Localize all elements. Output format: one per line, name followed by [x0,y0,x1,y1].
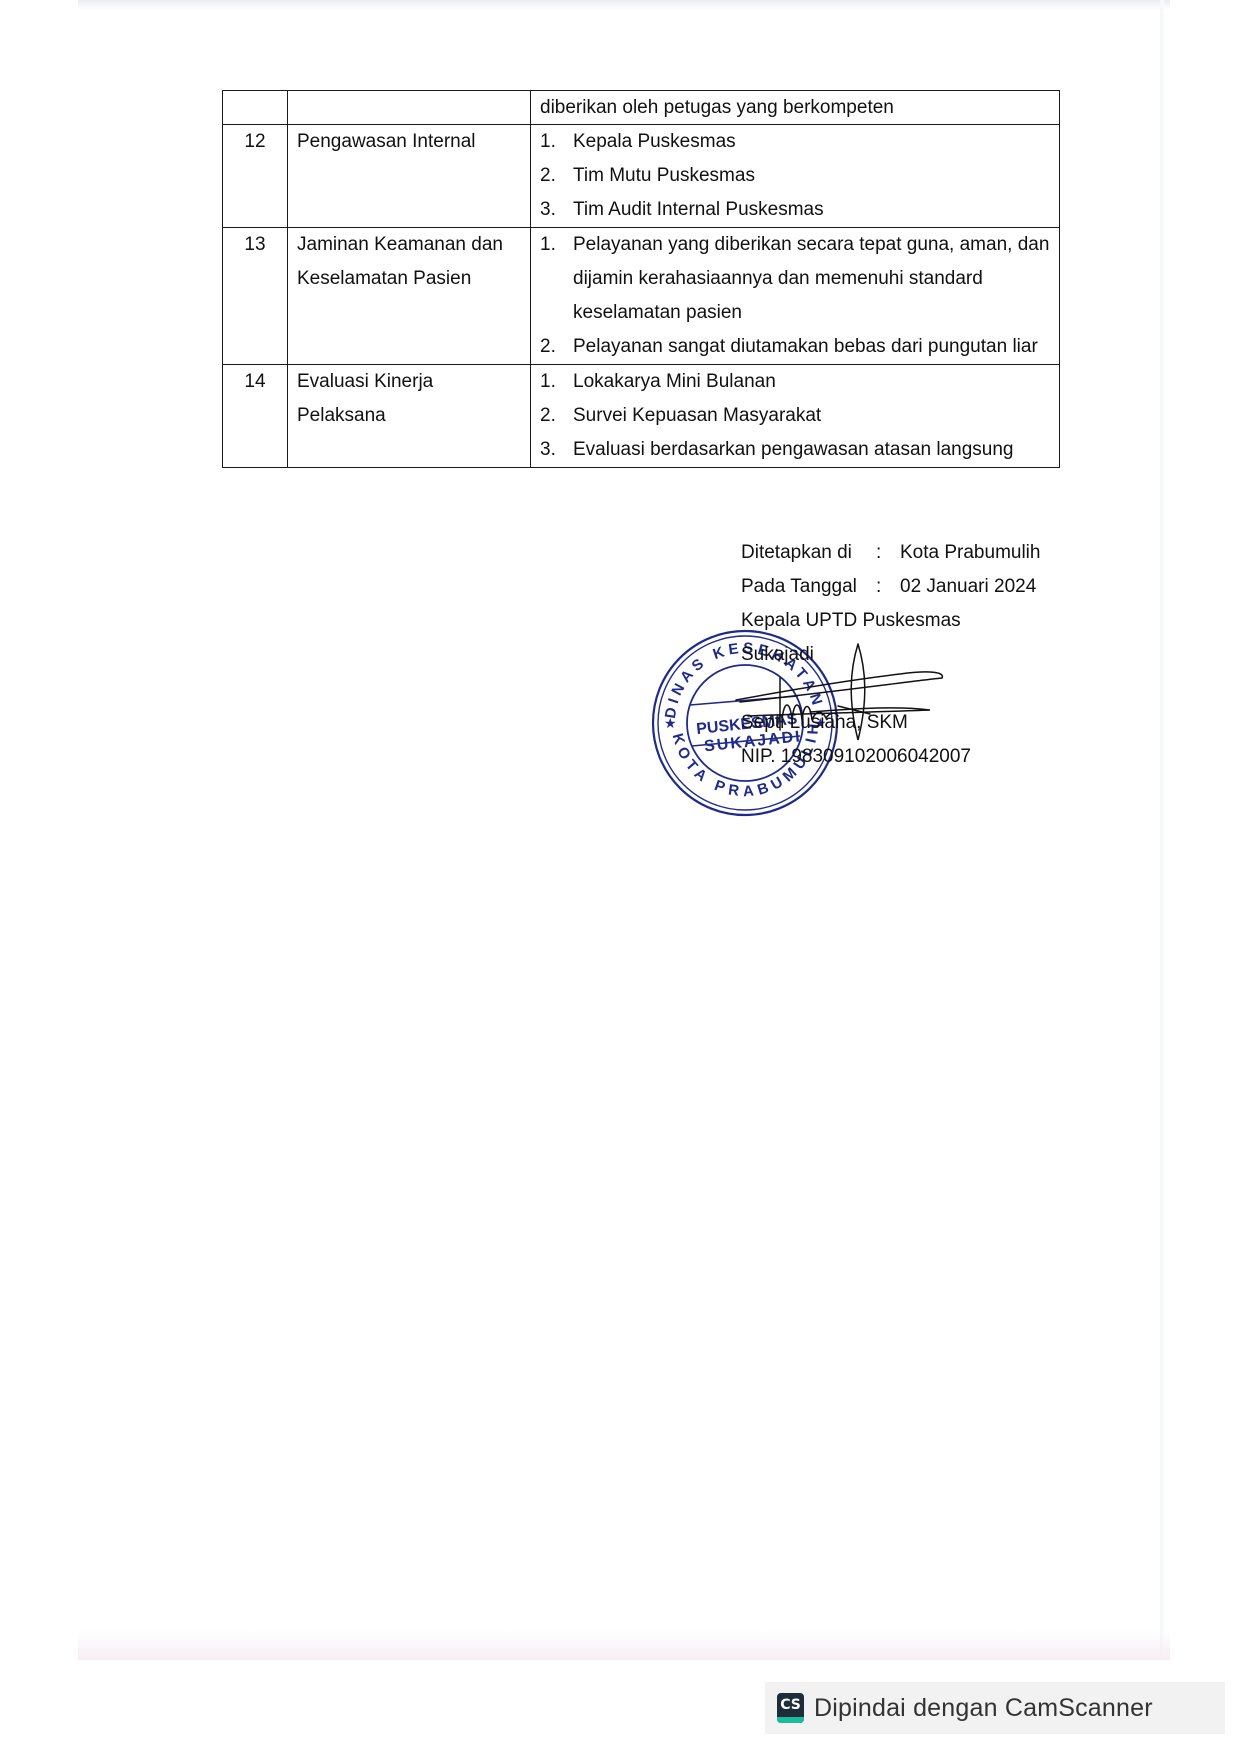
detail-list-item: 3.Tim Audit Internal Puskesmas [540,193,1050,227]
place-row: Ditetapkan di : Kota Prabumulih [741,536,1040,570]
row-number-cell: 13 [223,228,288,365]
item-text: Tim Mutu Puskesmas [573,159,1050,193]
camscanner-watermark: CS Dipindai dengan CamScanner [765,1682,1225,1734]
detail-cell: 1.Lokakarya Mini Bulanan2.Survei Kepuasa… [531,365,1060,468]
aspect-line: Pelaksana [297,399,521,433]
aspect-line: Pengawasan Internal [297,125,521,159]
detail-list: 1.Kepala Puskesmas2.Tim Mutu Puskesmas3.… [540,125,1050,227]
item-text: Lokakarya Mini Bulanan [573,365,1050,399]
table-row: 13Jaminan Keamanan danKeselamatan Pasien… [223,228,1060,365]
detail-list-item: 2.Survei Kepuasan Masyarakat [540,399,1050,433]
item-text: Kepala Puskesmas [573,125,1050,159]
item-text: Tim Audit Internal Puskesmas [573,193,1050,227]
item-text: Pelayanan sangat diutamakan bebas dari p… [573,330,1050,364]
item-number: 2. [540,159,573,193]
detail-list-item: 1.Pelayanan yang diberikan secara tepat … [540,228,1050,330]
detail-cell: 1.Kepala Puskesmas2.Tim Mutu Puskesmas3.… [531,125,1060,228]
date-label: Pada Tanggal [741,570,876,604]
aspect-cell: Pengawasan Internal [288,125,531,228]
detail-list-item: 3.Evaluasi berdasarkan pengawasan atasan… [540,433,1050,467]
detail-list-item: 2.Tim Mutu Puskesmas [540,159,1050,193]
item-number: 2. [540,399,573,433]
item-number: 3. [540,433,573,467]
aspect-cell: Evaluasi KinerjaPelaksana [288,365,531,468]
camscanner-logo-icon: CS [777,1693,804,1723]
item-text: Evaluasi berdasarkan pengawasan atasan l… [573,433,1050,467]
detail-list-item: 2.Pelayanan sangat diutamakan bebas dari… [540,330,1050,364]
detail-list: 1.Lokakarya Mini Bulanan2.Survei Kepuasa… [540,365,1050,467]
item-number: 3. [540,193,573,227]
item-number: 1. [540,125,573,159]
detail-cell: diberikan oleh petugas yang berkompeten [531,91,1060,125]
position-title: Kepala UPTD Puskesmas [741,604,1040,638]
item-text: Pelayanan yang diberikan secara tepat gu… [573,228,1050,330]
aspect-line: Keselamatan Pasien [297,262,521,296]
detail-cell: 1.Pelayanan yang diberikan secara tepat … [531,228,1060,365]
item-number: 1. [540,228,573,330]
aspect-line: Jaminan Keamanan dan [297,228,521,262]
place-label: Ditetapkan di [741,536,876,570]
scan-edge-shadow [78,1630,1170,1660]
service-standard-table: diberikan oleh petugas yang berkompeten … [222,90,1060,468]
table-row-continuation: diberikan oleh petugas yang berkompeten [223,91,1060,125]
colon: : [876,570,900,604]
aspect-line: Evaluasi Kinerja [297,365,521,399]
item-number: 2. [540,330,573,364]
item-number: 1. [540,365,573,399]
detail-list-item: 1.Kepala Puskesmas [540,125,1050,159]
aspect-cell: Jaminan Keamanan danKeselamatan Pasien [288,228,531,365]
aspect-cell [288,91,531,125]
date-row: Pada Tanggal : 02 Januari 2024 [741,570,1040,604]
colon: : [876,536,900,570]
row-number-cell: 14 [223,365,288,468]
detail-list: 1.Pelayanan yang diberikan secara tepat … [540,228,1050,364]
table-row: 14Evaluasi KinerjaPelaksana1.Lokakarya M… [223,365,1060,468]
place-value: Kota Prabumulih [900,536,1040,570]
star-icon: ★ [664,715,677,731]
handwritten-signature [730,640,960,760]
detail-list-item: 1.Lokakarya Mini Bulanan [540,365,1050,399]
row-number-cell [223,91,288,125]
scan-edge-shadow [1160,0,1164,1660]
date-value: 02 Januari 2024 [900,570,1036,604]
item-text: Survei Kepuasan Masyarakat [573,399,1050,433]
scan-edge-shadow [78,0,1170,10]
row-number-cell: 12 [223,125,288,228]
table-row: 12Pengawasan Internal1.Kepala Puskesmas2… [223,125,1060,228]
camscanner-text: Dipindai dengan CamScanner [814,1694,1153,1723]
